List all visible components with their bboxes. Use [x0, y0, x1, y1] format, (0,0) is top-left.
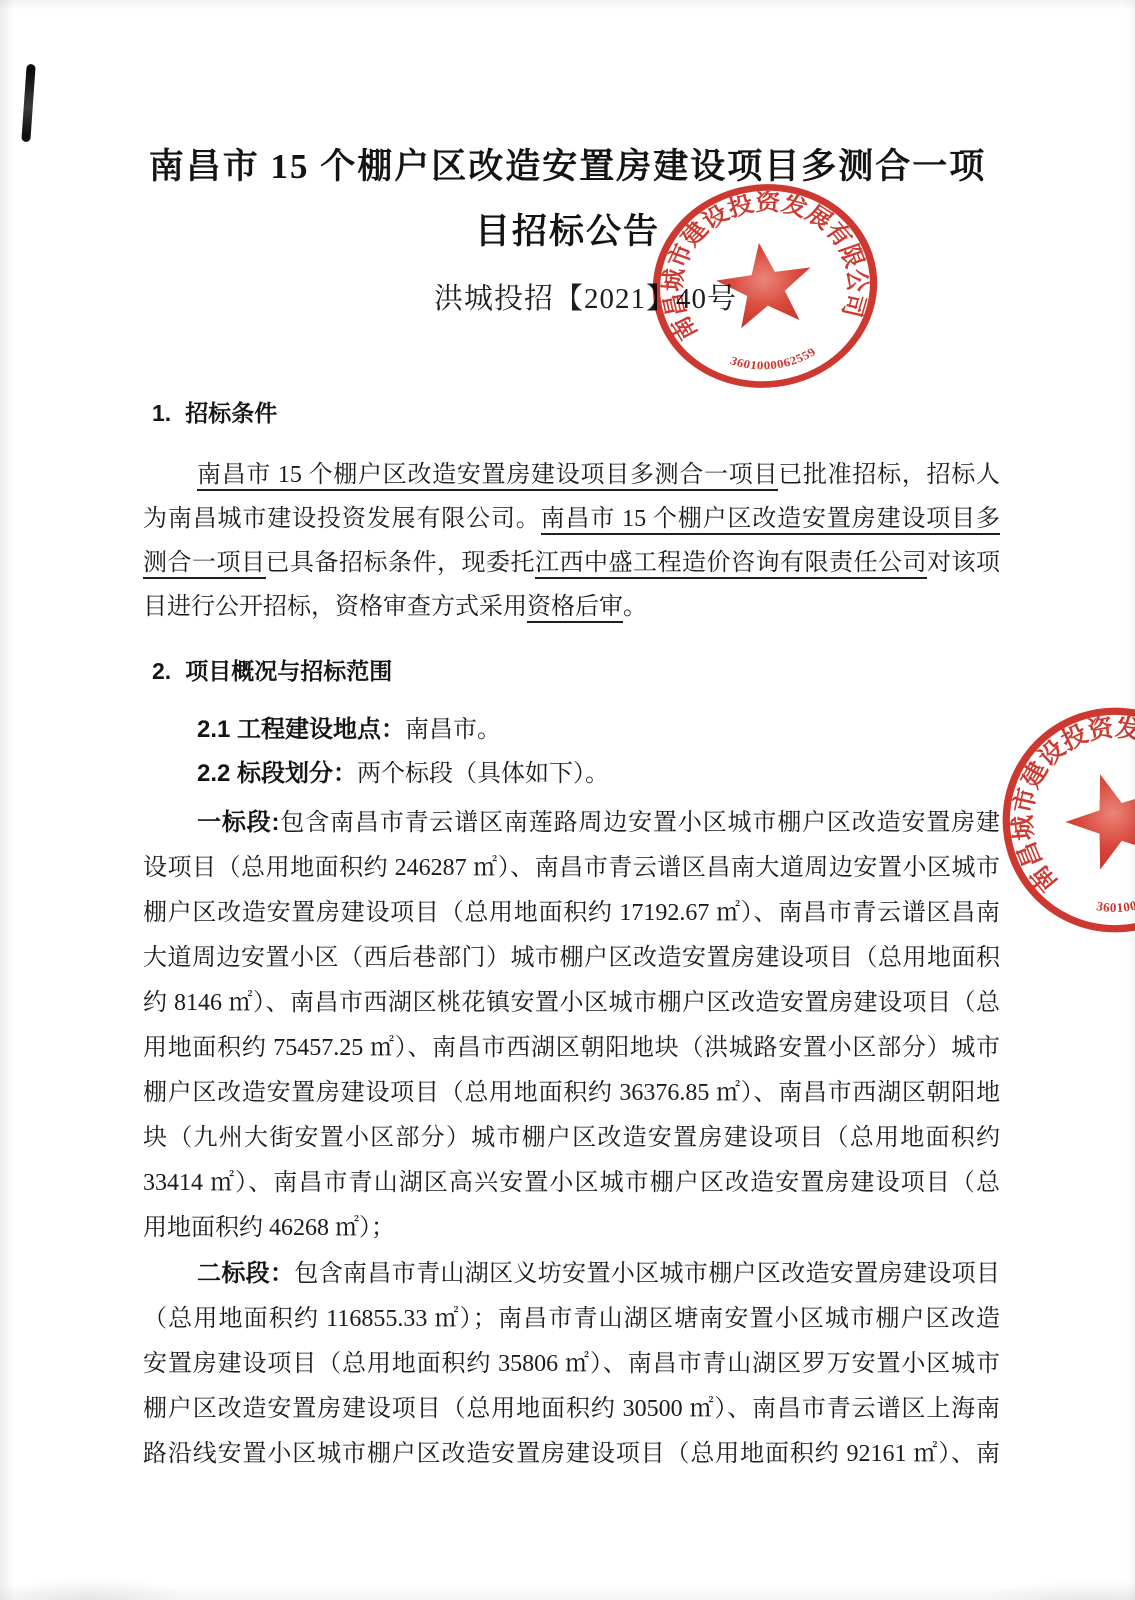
text-segment: 已具备招标条件，现委托 — [266, 550, 536, 576]
bid-section-1-line: 用地面积约 46268 ㎡）； — [143, 1214, 1000, 1242]
section-1-heading: 1.招标条件 — [152, 399, 277, 427]
bid-section-1-line: 大道周边安置小区（西后巷部门）城市棚户区改造安置房建设项目（总用地面积 — [143, 944, 1000, 972]
item-2-2-text: 两个标段（具体如下）。 — [357, 761, 609, 787]
tender-conditions-line-1: 南昌市 15 个棚户区改造安置房建设项目多测合一项目已批准招标，招标人 — [143, 461, 1000, 489]
bid-section-2-line: 棚户区改造安置房建设项目（总用地面积约 30500 ㎡）、南昌市青云谱区上海南 — [143, 1395, 1000, 1423]
section-2-heading-text: 项目概况与招标范围 — [185, 658, 392, 684]
text-segment: 包含南昌市青山湖区义坊安置小区城市棚户区改造安置房建设项目 — [294, 1261, 1000, 1287]
item-2-1-label: 2.1 工程建设地点： — [197, 716, 405, 743]
underlined-review-method: 资格后审 — [527, 594, 623, 623]
bid-section-1-label: 一标段: — [197, 809, 280, 836]
item-2-2-line: 2.2 标段划分：两个标段（具体如下）。 — [197, 760, 1000, 788]
item-2-1-line: 2.1 工程建设地点：南昌市。 — [197, 716, 1000, 744]
bid-section-1-line: 设项目（总用地面积约 246287 ㎡）、南昌市青云谱区昌南大道周边安置小区城市 — [143, 854, 1000, 882]
section-1-heading-text: 招标条件 — [185, 400, 277, 426]
section-2-heading: 2.项目概况与招标范围 — [152, 657, 392, 685]
bid-section-1-line: 33414 ㎡）、南昌市青山湖区高兴安置小区城市棚户区改造安置房建设项目（总 — [143, 1169, 1000, 1197]
bid-section-2-line: 二标段：包含南昌市青山湖区义坊安置小区城市棚户区改造安置房建设项目 — [143, 1260, 1000, 1288]
underlined-project-name: 南昌市 15 个棚户区改造安置房建设项目多 — [541, 506, 1000, 535]
item-2-1-text: 南昌市。 — [405, 717, 501, 743]
bid-section-1-line: 棚户区改造安置房建设项目（总用地面积约 17192.67 ㎡）、南昌市青云谱区昌… — [143, 899, 1000, 927]
text-segment: 包含南昌市青云谱区南莲路周边安置小区城市棚户区改造安置房建 — [280, 810, 1000, 836]
text-segment: 已批准招标，招标人 — [778, 462, 1000, 488]
bid-section-1-line: 块（九州大街安置小区部分）城市棚户区改造安置房建设项目（总用地面积约 — [143, 1124, 1000, 1152]
doc-number: 洪城投招【2021】40号 — [18, 281, 1135, 317]
official-seal-stamp-top: 南昌城市建设投资发展有限公司 3601000062559 — [637, 167, 894, 405]
page-title-line-1: 南昌市 15 个棚户区改造安置房建设项目多测合一项 — [0, 146, 1135, 188]
text-segment: 目进行公开招标，资格审查方式采用 — [143, 594, 527, 620]
scan-artifact-mark — [21, 64, 35, 142]
item-2-2-label: 2.2 标段划分： — [197, 760, 357, 787]
underlined-project-name: 测合一项目 — [143, 550, 266, 579]
bid-section-1-line: 用地面积约 75457.25 ㎡）、南昌市西湖区朝阳地块（洪城路安置小区部分）城… — [143, 1034, 1000, 1062]
bid-section-1-line: 约 8146 ㎡）、南昌市西湖区桃花镇安置小区城市棚户区改造安置房建设项目（总 — [143, 989, 1000, 1017]
page-title-line-2: 目招标公告 — [0, 211, 1135, 253]
bid-section-2-label: 二标段： — [197, 1260, 294, 1287]
text-segment: 。 — [623, 594, 647, 620]
underlined-project-name: 南昌市 15 个棚户区改造安置房建设项目多测合一项目 — [197, 462, 778, 491]
section-1-number: 1. — [152, 400, 171, 426]
bid-section-2-line: （总用地面积约 116855.33 ㎡）；南昌市青山湖区塘南安置小区城市棚户区改… — [143, 1305, 1000, 1333]
underlined-agency-name: 江西中盛工程造价咨询有限责任公司 — [535, 550, 927, 579]
tender-conditions-line-3: 测合一项目已具备招标条件，现委托江西中盛工程造价咨询有限责任公司对该项 — [143, 549, 1000, 577]
text-segment: 为南昌城市建设投资发展有限公司。 — [143, 506, 541, 532]
bid-section-1-line: 棚户区改造安置房建设项目（总用地面积约 36376.85 ㎡）、南昌市西湖区朝阳… — [143, 1079, 1000, 1107]
section-2-number: 2. — [152, 658, 171, 684]
text-segment: 对该项 — [927, 550, 1000, 576]
tender-conditions-line-4: 目进行公开招标，资格审查方式采用资格后审。 — [143, 593, 1000, 621]
scanned-document-page: 南昌市 15 个棚户区改造安置房建设项目多测合一项 目招标公告 洪城投招【202… — [0, 0, 1135, 1600]
tender-conditions-line-2: 为南昌城市建设投资发展有限公司。南昌市 15 个棚户区改造安置房建设项目多 — [143, 505, 1000, 533]
bid-section-2-line: 安置房建设项目（总用地面积约 35806 ㎡）、南昌市青山湖区罗万安置小区城市 — [143, 1350, 1000, 1378]
bid-section-1-line: 一标段:包含南昌市青云谱区南莲路周边安置小区城市棚户区改造安置房建 — [143, 809, 1000, 837]
bid-section-2-line: 路沿线安置小区城市棚户区改造安置房建设项目（总用地面积约 92161 ㎡）、南 — [143, 1440, 1000, 1468]
